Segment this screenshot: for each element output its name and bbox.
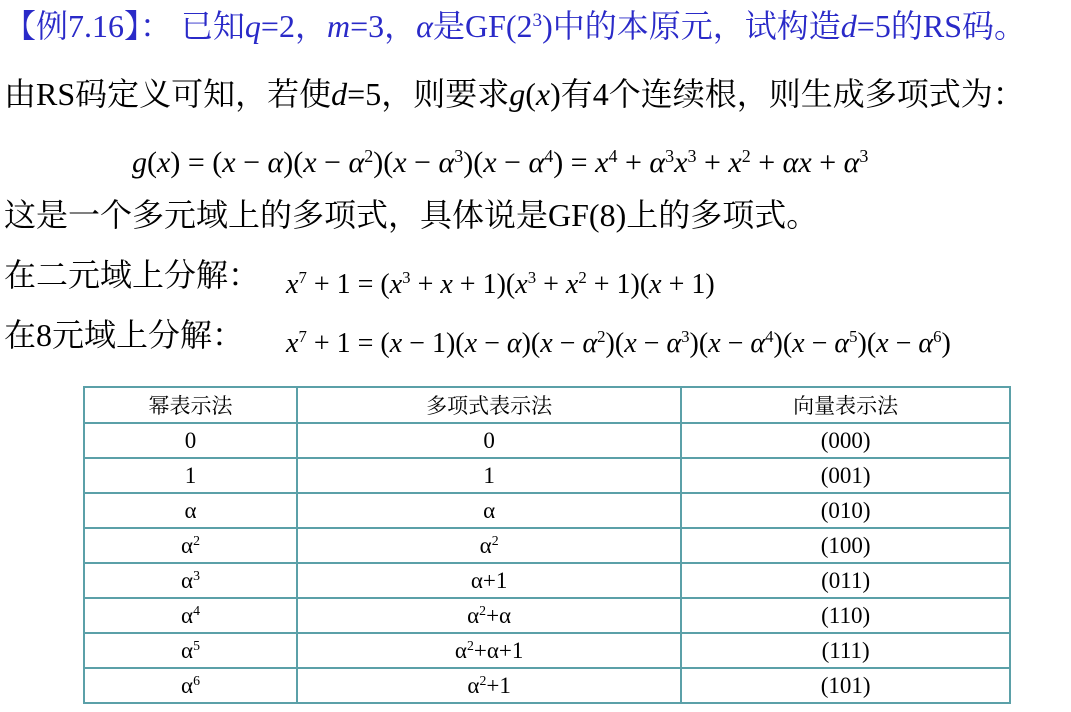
table-cell: α2 (84, 528, 297, 563)
table-row: α2α2(100) (84, 528, 1010, 563)
text-segment: +1 (486, 673, 510, 698)
text-segment: 3 (454, 146, 463, 166)
text-segment: (111) (822, 638, 870, 663)
text-segment: α (918, 328, 933, 359)
text-segment: + 1) (662, 269, 715, 300)
text-segment: 4 (593, 76, 609, 112)
text-segment: 中的本原元，试构造 (553, 8, 841, 44)
text-segment: 5 (849, 327, 857, 346)
text-segment: 这是一个多元域上的多项式，具体说是 (4, 197, 548, 233)
text-segment: α (528, 146, 544, 179)
text-segment: )( (858, 328, 877, 359)
text-segment: α (483, 498, 495, 523)
text-segment: − (805, 328, 835, 359)
text-segment: RS (36, 76, 75, 112)
text-segment: =3 (350, 8, 384, 44)
example-title: 【例7.16】： 已知q=2，m=3，α是GF(23)中的本原元，试构造d=5的… (4, 8, 1026, 45)
text-segment: α (649, 146, 665, 179)
text-segment: α (666, 328, 681, 359)
text-segment: α (181, 638, 193, 663)
text-segment: α (582, 328, 597, 359)
text-segment: + 1)( (453, 269, 515, 300)
text-segment: ，则要求 (381, 76, 509, 112)
text-segment: + (536, 269, 566, 300)
text-segment: 码。 (962, 8, 1026, 44)
text-segment: α (783, 146, 799, 179)
text-segment: ( (147, 146, 157, 179)
text-segment: d (841, 8, 857, 44)
gf8-representation-table: 幂表示法 多项式表示法 向量表示法 00(000)11(001)αα(010)α… (83, 386, 1011, 704)
text-segment: + 1 = ( (307, 328, 390, 359)
text-segment: )( (522, 328, 541, 359)
text-segment: 在二元域上分解： (4, 257, 260, 293)
text-segment: α (455, 638, 467, 663)
text-segment: x (595, 146, 608, 179)
table-cell: α5 (84, 633, 297, 668)
text-segment: 0 (483, 428, 495, 453)
table-row: α3α+1(011) (84, 563, 1010, 598)
table-cell: 1 (84, 458, 297, 493)
table-cell: α2 (297, 528, 681, 563)
text-segment: α (750, 328, 765, 359)
intro-text: 由RS码定义可知，若使d=5，则要求g(x)有4个连续根，则生成多项式为： (4, 76, 1025, 113)
header-polynomial-representation: 多项式表示法 (297, 387, 681, 423)
text-segment: x (286, 269, 298, 300)
text-segment: x (390, 269, 402, 300)
text-segment: α (480, 533, 492, 558)
slide-page: 【例7.16】： 已知q=2，m=3，α是GF(23)中的本原元，试构造d=5的… (0, 0, 1071, 712)
text-segment: m (327, 8, 350, 44)
text-segment: 7 (298, 327, 306, 346)
text-segment: =5 (347, 76, 381, 112)
text-segment: ) (941, 328, 950, 359)
text-segment: 4 (765, 327, 773, 346)
text-segment: x (286, 328, 298, 359)
text-segment: x (728, 146, 741, 179)
text-segment: )( (283, 146, 303, 179)
text-segment: 个连续根，则生成多项式为： (609, 76, 1025, 112)
text-segment: 是 (433, 8, 465, 44)
generator-polynomial-formula: g(x) = (x − α)(x − α2)(x − α3)(x − α4) =… (132, 146, 868, 181)
text-segment: α (471, 568, 483, 593)
text-segment: 2 (479, 673, 486, 688)
text-segment: 2 (742, 146, 751, 166)
table-cell: (100) (681, 528, 1010, 563)
gf8-table-body: 00(000)11(001)αα(010)α2α2(100)α3α+1(011)… (84, 423, 1010, 703)
table-cell: (101) (681, 668, 1010, 703)
text-segment: x (566, 269, 578, 300)
table-cell: α+1 (297, 563, 681, 598)
text-segment: α (507, 328, 522, 359)
octal-field-factorization-formula: x7 + 1 = (x − 1)(x − α)(x − α2)(x − α3)(… (286, 327, 951, 360)
text-segment: x (393, 146, 406, 179)
text-segment: α (181, 673, 193, 698)
text-segment: ) = (553, 146, 595, 179)
text-segment: +α+1 (474, 638, 524, 663)
text-segment: 0 (185, 428, 197, 453)
text-segment: x (536, 76, 550, 112)
table-row: αα(010) (84, 493, 1010, 528)
text-segment: x (876, 328, 888, 359)
text-segment: 2 (467, 638, 474, 653)
table-header-row: 幂表示法 多项式表示法 向量表示法 (84, 387, 1010, 423)
text-segment: 3 (665, 146, 674, 166)
text-segment: (110) (821, 603, 870, 628)
table-row: α4α2+α(110) (84, 598, 1010, 633)
text-segment: d (331, 76, 347, 112)
table-cell: 0 (84, 423, 297, 458)
text-segment: 3 (859, 146, 868, 166)
text-segment: +α (486, 603, 511, 628)
text-segment: )( (373, 146, 393, 179)
text-segment: x (674, 146, 687, 179)
text-segment: 【例 (4, 8, 68, 44)
text-segment: ) = ( (170, 146, 222, 179)
table-cell: 0 (297, 423, 681, 458)
text-segment: 由 (4, 76, 36, 112)
text-segment: 1 (483, 463, 495, 488)
table-cell: α2+1 (297, 668, 681, 703)
text-segment: + (812, 146, 844, 179)
text-segment: x (390, 328, 402, 359)
text-segment: − (637, 328, 667, 359)
text-segment: 有 (561, 76, 593, 112)
text-segment: α (184, 498, 196, 523)
text-segment: ， (384, 8, 416, 44)
header-power-representation: 幂表示法 (84, 387, 297, 423)
text-segment: 上的多项式。 (626, 197, 818, 233)
text-segment: α (844, 146, 860, 179)
text-segment: x (440, 269, 452, 300)
table-cell: 1 (297, 458, 681, 493)
text-segment: )( (774, 328, 793, 359)
text-segment: 4 (193, 603, 200, 618)
text-segment: α (416, 8, 433, 44)
text-segment: 3 (528, 268, 536, 287)
text-segment: 7 (298, 268, 306, 287)
text-segment: +1 (483, 568, 507, 593)
text-segment: α (181, 568, 193, 593)
text-segment: α (181, 603, 193, 628)
header-vector-representation: 向量表示法 (681, 387, 1010, 423)
text-segment: 3 (533, 10, 543, 31)
table-cell: α6 (84, 668, 297, 703)
text-segment: (011) (821, 568, 870, 593)
text-segment: + (696, 146, 728, 179)
text-segment: − (236, 146, 268, 179)
text-segment: 2 (479, 603, 486, 618)
text-segment: =2 (261, 8, 295, 44)
text-segment: − (721, 328, 751, 359)
table-row: α6α2+1(101) (84, 668, 1010, 703)
text-segment: q (245, 8, 261, 44)
text-segment: 在 (4, 317, 36, 353)
text-segment: + 1 = ( (307, 269, 390, 300)
text-segment: 码定义可知，若使 (75, 76, 331, 112)
text-segment: + (411, 269, 441, 300)
text-segment: ( (525, 76, 536, 112)
text-segment: 的 (891, 8, 923, 44)
binary-field-label: 在二元域上分解： (4, 257, 260, 294)
table-cell: α2+α (297, 598, 681, 633)
table-cell: α3 (84, 563, 297, 598)
text-segment: x (515, 269, 527, 300)
text-segment: =5 (857, 8, 891, 44)
text-segment: − (477, 328, 507, 359)
text-segment: 2 (492, 533, 499, 548)
text-segment: + 1)( (587, 269, 649, 300)
table-cell: α4 (84, 598, 297, 633)
text-segment: α (181, 533, 193, 558)
table-row: α5α2+α+1(111) (84, 633, 1010, 668)
text-segment: 2 (364, 146, 373, 166)
text-segment: ， (295, 8, 327, 44)
text-segment: x (649, 269, 661, 300)
text-segment: − (889, 328, 919, 359)
text-segment: − (407, 146, 439, 179)
table-cell: (000) (681, 423, 1010, 458)
text-segment: − 1)( (402, 328, 464, 359)
text-segment: α (348, 146, 364, 179)
text-segment: α (834, 328, 849, 359)
text-segment: 2 (597, 327, 605, 346)
octal-field-label: 在8元域上分解： (4, 317, 244, 354)
text-segment: α (267, 146, 283, 179)
text-segment: (000) (821, 428, 871, 453)
table-cell: (001) (681, 458, 1010, 493)
text-segment: α (467, 603, 479, 628)
text-segment: (100) (821, 533, 871, 558)
text-segment: 2 (193, 533, 200, 548)
text-segment: g (132, 146, 147, 179)
text-segment: ) (542, 8, 553, 44)
text-segment: x (465, 328, 477, 359)
text-segment: + (751, 146, 783, 179)
text-segment: α (438, 146, 454, 179)
text-segment: g (509, 76, 525, 112)
table-cell: α (84, 493, 297, 528)
text-segment: x (303, 146, 316, 179)
text-segment: − (317, 146, 349, 179)
table-cell: (110) (681, 598, 1010, 633)
text-segment: 4 (544, 146, 553, 166)
text-segment: GF(2 (465, 8, 533, 44)
text-segment: 6 (193, 673, 200, 688)
text-segment: 8 (36, 317, 52, 353)
text-segment: GF(8) (548, 197, 626, 233)
text-segment: ) (550, 76, 561, 112)
text-segment: − (497, 146, 529, 179)
text-segment: x (222, 146, 235, 179)
text-segment: α (467, 673, 479, 698)
text-segment: 3 (681, 327, 689, 346)
text-segment: + (617, 146, 649, 179)
text-segment: 3 (193, 568, 200, 583)
text-segment: 元域上分解： (52, 317, 244, 353)
text-segment: 3 (402, 268, 410, 287)
text-segment: 4 (608, 146, 617, 166)
text-segment: 6 (933, 327, 941, 346)
table-cell: α (297, 493, 681, 528)
text-segment: x (792, 328, 804, 359)
table-cell: (011) (681, 563, 1010, 598)
text-segment: x (540, 328, 552, 359)
text-segment: x (483, 146, 496, 179)
text-segment: (101) (821, 673, 871, 698)
text-segment: )( (463, 146, 483, 179)
text-segment: (001) (821, 463, 871, 488)
text-segment: x (708, 328, 720, 359)
text-segment: x (798, 146, 811, 179)
text-segment: x (157, 146, 170, 179)
text-segment: − (553, 328, 583, 359)
text-segment: 1 (185, 463, 197, 488)
field-note-text: 这是一个多元域上的多项式，具体说是GF(8)上的多项式。 (4, 197, 818, 234)
text-segment: 2 (578, 268, 586, 287)
text-segment: 7.16 (68, 8, 124, 44)
binary-field-factorization-formula: x7 + 1 = (x3 + x + 1)(x3 + x2 + 1)(x + 1… (286, 268, 715, 301)
text-segment: x (624, 328, 636, 359)
text-segment: )( (606, 328, 625, 359)
text-segment: 】： 已知 (124, 8, 245, 44)
table-cell: α2+α+1 (297, 633, 681, 668)
table-cell: (010) (681, 493, 1010, 528)
text-segment: RS (923, 8, 962, 44)
table-cell: (111) (681, 633, 1010, 668)
text-segment: (010) (821, 498, 871, 523)
text-segment: 3 (687, 146, 696, 166)
text-segment: 5 (193, 638, 200, 653)
text-segment: )( (690, 328, 709, 359)
table-row: 11(001) (84, 458, 1010, 493)
table-row: 00(000) (84, 423, 1010, 458)
